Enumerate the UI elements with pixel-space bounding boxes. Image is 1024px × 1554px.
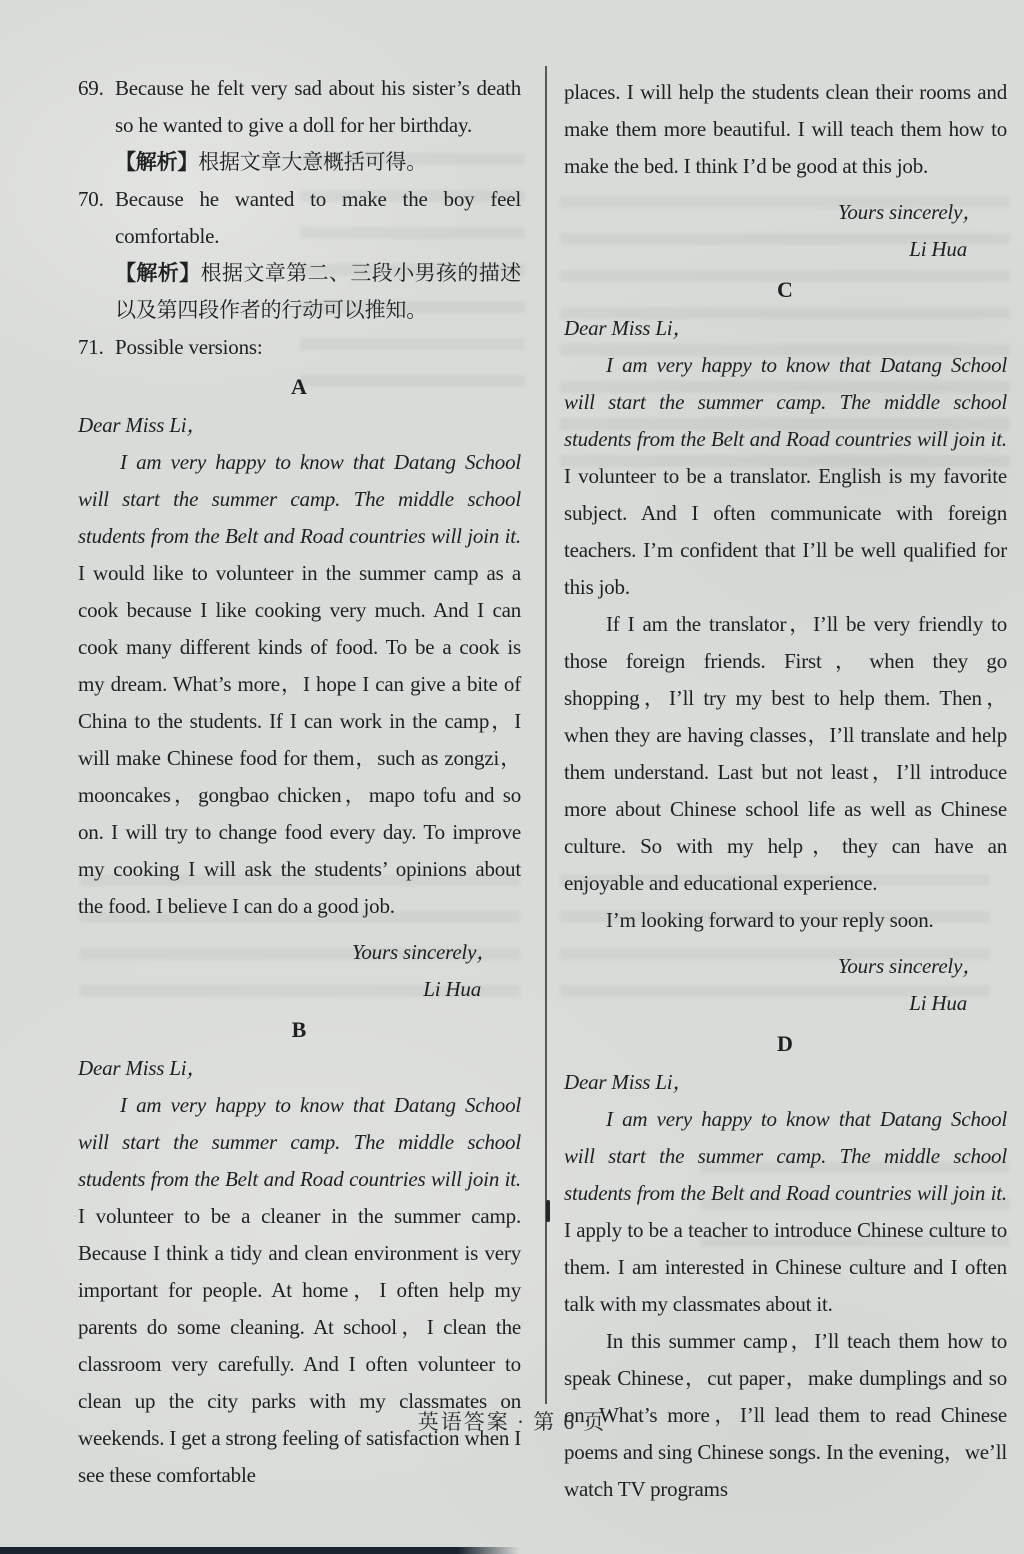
letter-paragraph: I am very happy to know that Datang Scho… xyxy=(78,444,521,925)
italic-text-run: I am very happy to know that Datang Scho… xyxy=(564,353,1007,451)
question-number: 71. xyxy=(78,329,115,366)
letter-salutation: Dear Miss Li， xyxy=(564,1064,1007,1101)
letter-paragraph: places. I will help the students clean t… xyxy=(564,74,1007,185)
answer-item: 71.Possible versions: xyxy=(78,329,521,366)
analysis-label: 【解析】 xyxy=(115,151,198,174)
letter-salutation: Dear Miss Li， xyxy=(78,1050,521,1087)
text-run: I volunteer to be a cleaner in the summe… xyxy=(78,1204,521,1487)
letter-signature: Yours sincerely，Li Hua xyxy=(564,194,1007,268)
version-heading: C xyxy=(564,271,1007,308)
analysis-text: 根据文章大意概括可得。 xyxy=(198,150,427,174)
letter-signature: Yours sincerely，Li Hua xyxy=(564,948,1007,1022)
letter-paragraph: I’m looking forward to your reply soon. xyxy=(564,902,1007,939)
version-heading: D xyxy=(564,1025,1007,1062)
text-run: If I am the translator，I’ll be very frie… xyxy=(564,612,1007,895)
analysis-note: 【解析】根据文章第二、三段小男孩的描述以及第四段作者的行动可以推知。 xyxy=(78,255,521,329)
italic-text-run: I am very happy to know that Datang Scho… xyxy=(78,1093,521,1191)
answer-item: 70.Because he wanted to make the boy fee… xyxy=(78,181,521,255)
text-run: I volunteer to be a translator. English … xyxy=(564,464,1007,599)
text-run: Because he wanted to make the boy feel c… xyxy=(115,187,521,248)
signature-name: Li Hua xyxy=(78,971,521,1008)
version-heading: B xyxy=(78,1011,521,1048)
text-run: Because he felt very sad about his siste… xyxy=(115,76,521,137)
text-run: Possible versions: xyxy=(115,335,263,359)
letter-salutation: Dear Miss Li， xyxy=(564,310,1007,347)
letter-signature: Yours sincerely，Li Hua xyxy=(78,934,521,1008)
right-column: places. I will help the students clean t… xyxy=(564,74,1007,1508)
question-number: 69. xyxy=(78,70,115,144)
signature-name: Li Hua xyxy=(564,985,1007,1022)
answer-item: 69.Because he felt very sad about his si… xyxy=(78,70,521,144)
letter-paragraph: If I am the translator，I’ll be very frie… xyxy=(564,606,1007,902)
text-run: I’m looking forward to your reply soon. xyxy=(606,908,934,932)
left-column: 69.Because he felt very sad about his si… xyxy=(78,70,521,1494)
letter-paragraph: I am very happy to know that Datang Scho… xyxy=(564,1101,1007,1323)
analysis-label: 【解析】 xyxy=(115,262,201,285)
closing-phrase: Yours sincerely， xyxy=(78,934,521,971)
letter-paragraph: I am very happy to know that Datang Scho… xyxy=(564,347,1007,606)
answer-text: Possible versions: xyxy=(115,329,521,366)
analysis-note: 【解析】根据文章大意概括可得。 xyxy=(78,144,521,181)
italic-text-run: I am very happy to know that Datang Scho… xyxy=(78,450,521,548)
page-footer: 英语答案 · 第 6 页 xyxy=(0,1406,1024,1436)
text-run: I apply to be a teacher to introduce Chi… xyxy=(564,1218,1007,1316)
answer-text: Because he felt very sad about his siste… xyxy=(115,70,521,144)
answer-text: Because he wanted to make the boy feel c… xyxy=(115,181,521,255)
scanned-page: 69.Because he felt very sad about his si… xyxy=(0,0,1024,1554)
version-heading: A xyxy=(78,368,521,405)
italic-text-run: I am very happy to know that Datang Scho… xyxy=(564,1107,1007,1205)
scan-edge-shadow xyxy=(0,1547,520,1554)
text-run: places. I will help the students clean t… xyxy=(564,80,1007,178)
letter-salutation: Dear Miss Li， xyxy=(78,407,521,444)
closing-phrase: Yours sincerely， xyxy=(564,194,1007,231)
closing-phrase: Yours sincerely， xyxy=(564,948,1007,985)
question-number: 70. xyxy=(78,181,115,255)
stray-ink-mark xyxy=(546,1200,550,1222)
text-run: I would like to volunteer in the summer … xyxy=(78,561,521,918)
signature-name: Li Hua xyxy=(564,231,1007,268)
